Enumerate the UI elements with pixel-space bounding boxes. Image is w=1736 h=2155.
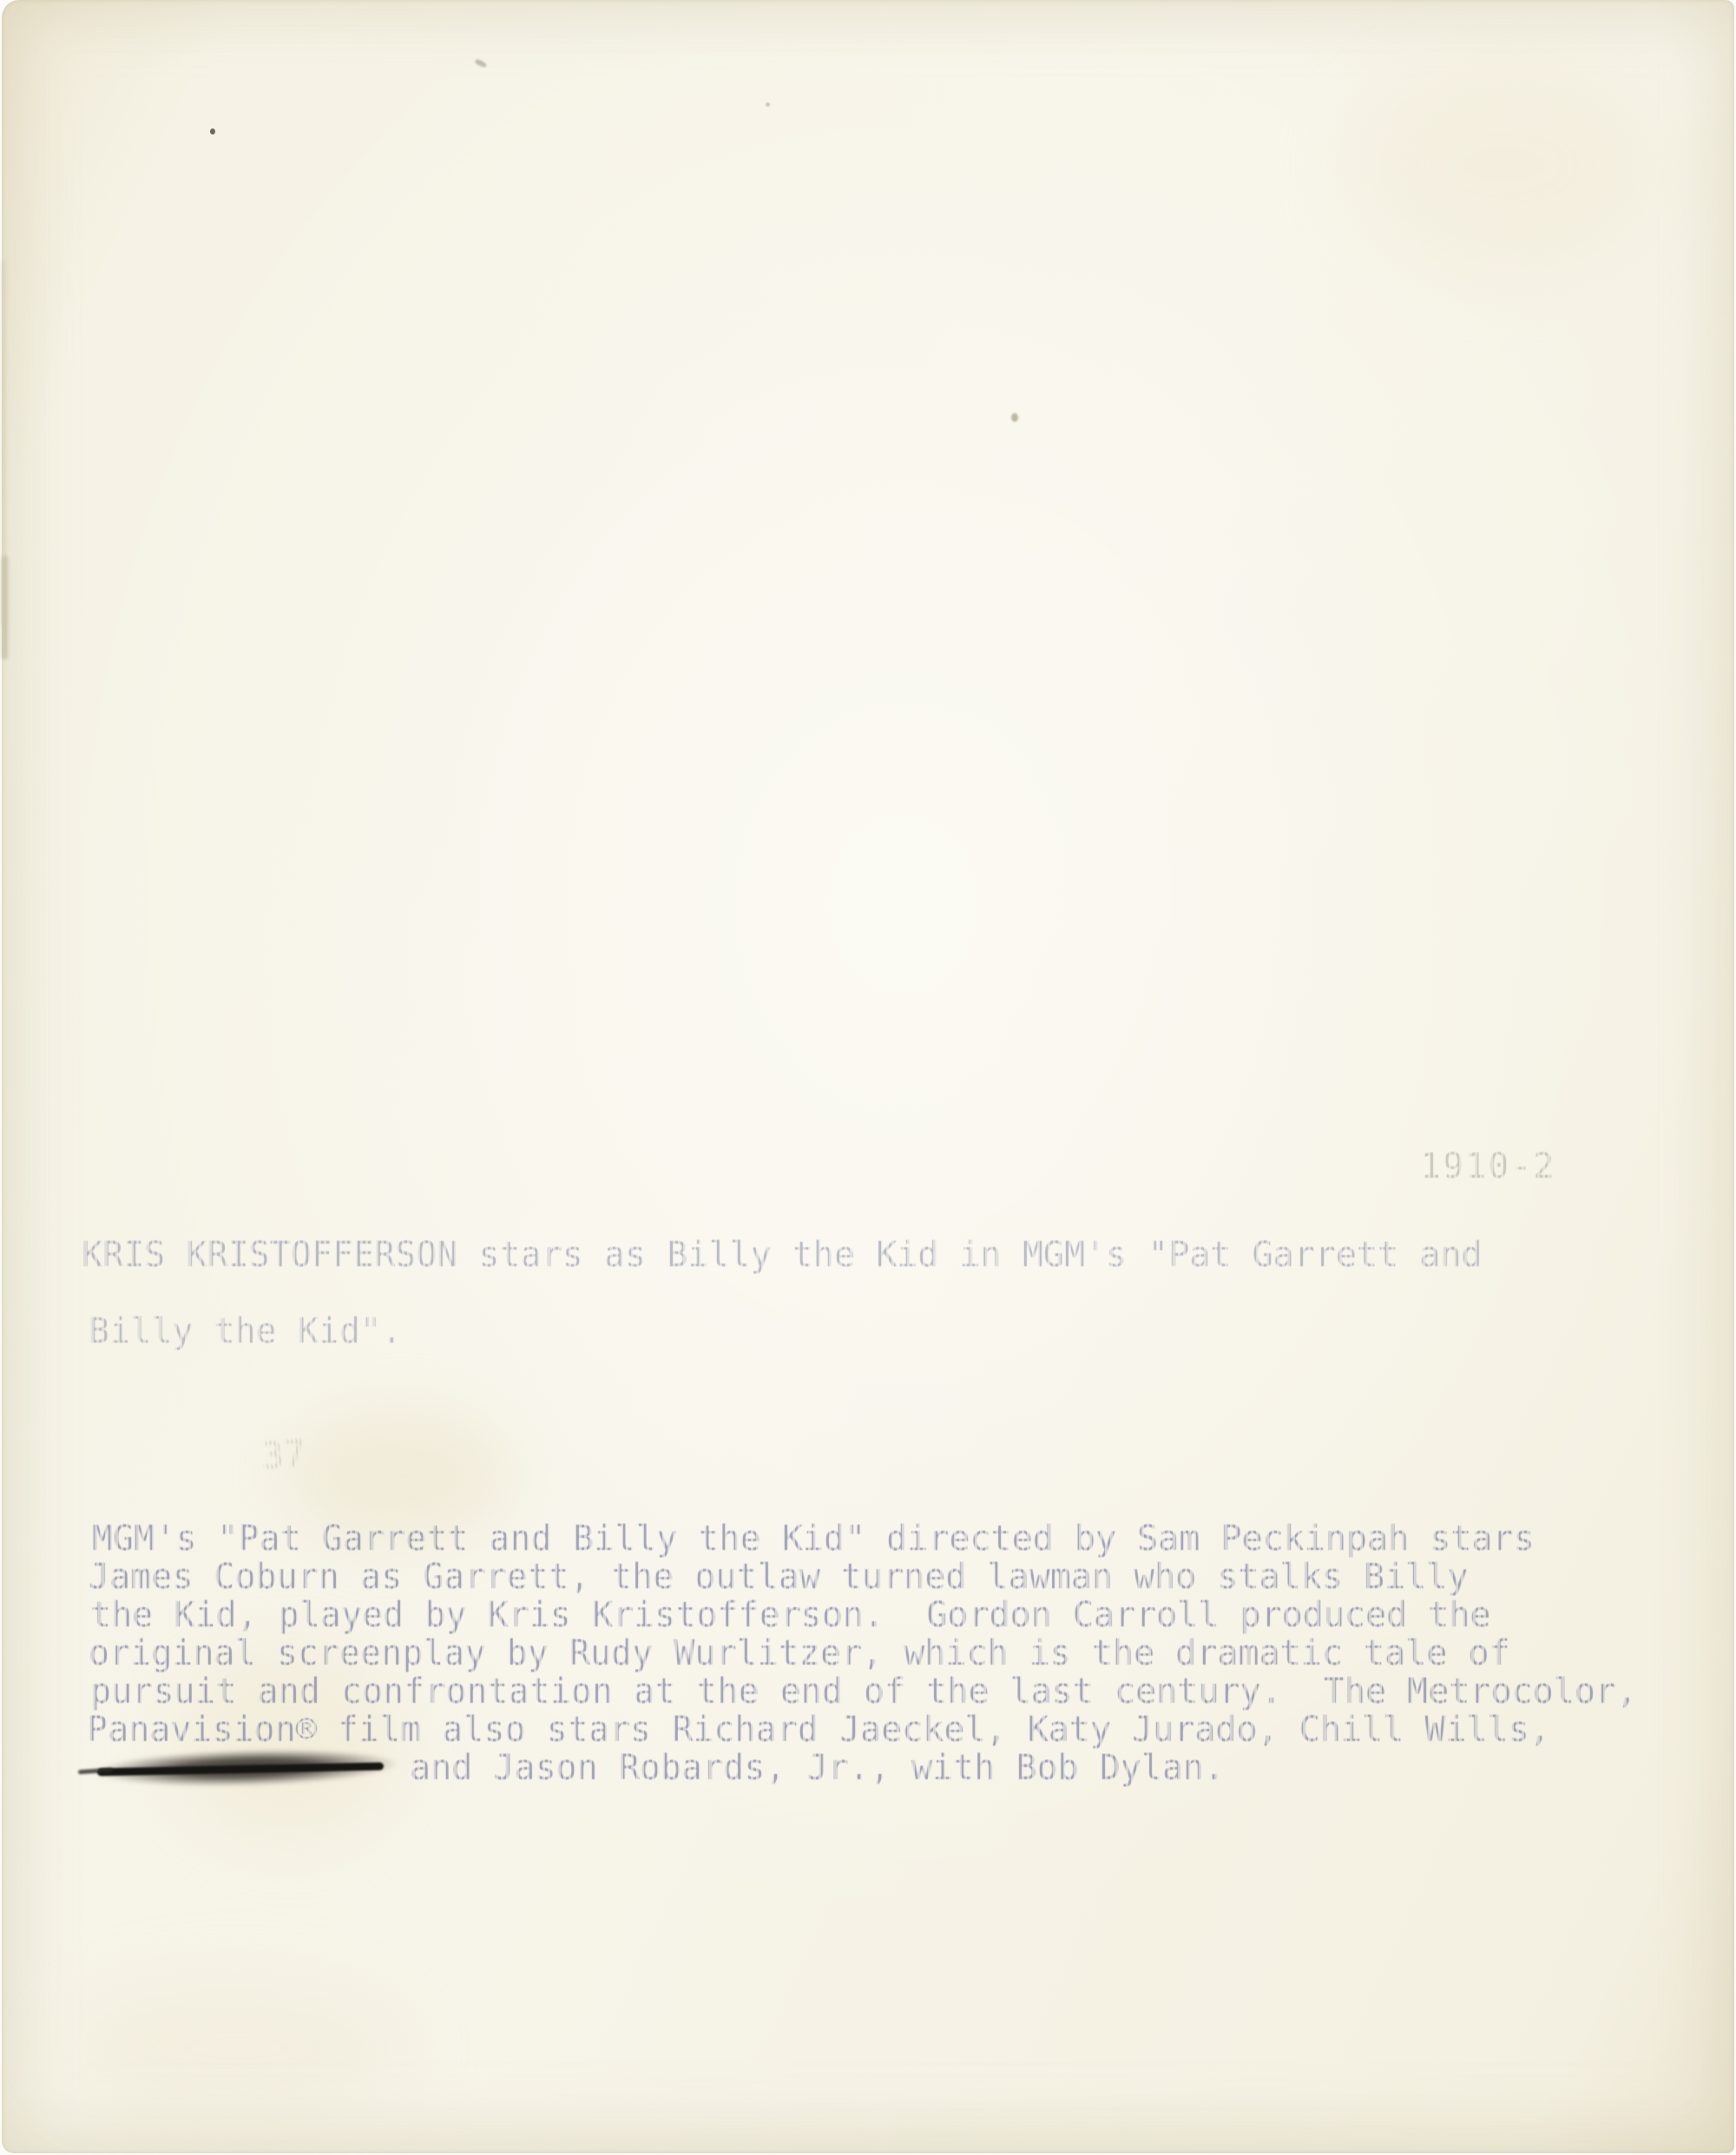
body-line-1: MGM's "Pat Garrett and Billy the Kid" di… <box>92 1520 1535 1558</box>
paper-stain <box>1347 52 1660 278</box>
body-line-7: and Jason Robards, Jr., with Bob Dylan. <box>410 1749 1225 1787</box>
body-line-4: original screenplay by Rudy Wurlitzer, w… <box>89 1634 1510 1672</box>
dirt-speck <box>210 128 215 135</box>
pencil-scribble <box>94 1750 399 1786</box>
still-number: 1910-2 <box>1420 1147 1556 1186</box>
body-line-3: the Kid, played by Kris Kristofferson. G… <box>90 1596 1491 1634</box>
caption-line-2: Billy the Kid". <box>89 1312 402 1350</box>
body-line-6: Panavision® film also stars Richard Jaec… <box>87 1711 1550 1749</box>
dirt-speck <box>766 102 770 107</box>
dirt-speck <box>474 58 487 68</box>
body-line-5: pursuit and confrontation at the end of … <box>90 1672 1637 1711</box>
paper-edge-wear <box>2 260 6 625</box>
faint-pencil-mark: 37 <box>260 1426 395 1495</box>
paper-stain <box>54 1979 418 2118</box>
photo-back-page: 1910-2 KRIS KRISTOFFERSON stars as Billy… <box>2 0 1734 2153</box>
scan-stage: 1910-2 KRIS KRISTOFFERSON stars as Billy… <box>0 0 1736 2155</box>
caption-line-1: KRIS KRISTOFFERSON stars as Billy the Ki… <box>82 1236 1483 1274</box>
dirt-speck <box>1011 413 1018 422</box>
body-line-2: James Coburn as Garrett, the outlaw turn… <box>89 1558 1468 1596</box>
